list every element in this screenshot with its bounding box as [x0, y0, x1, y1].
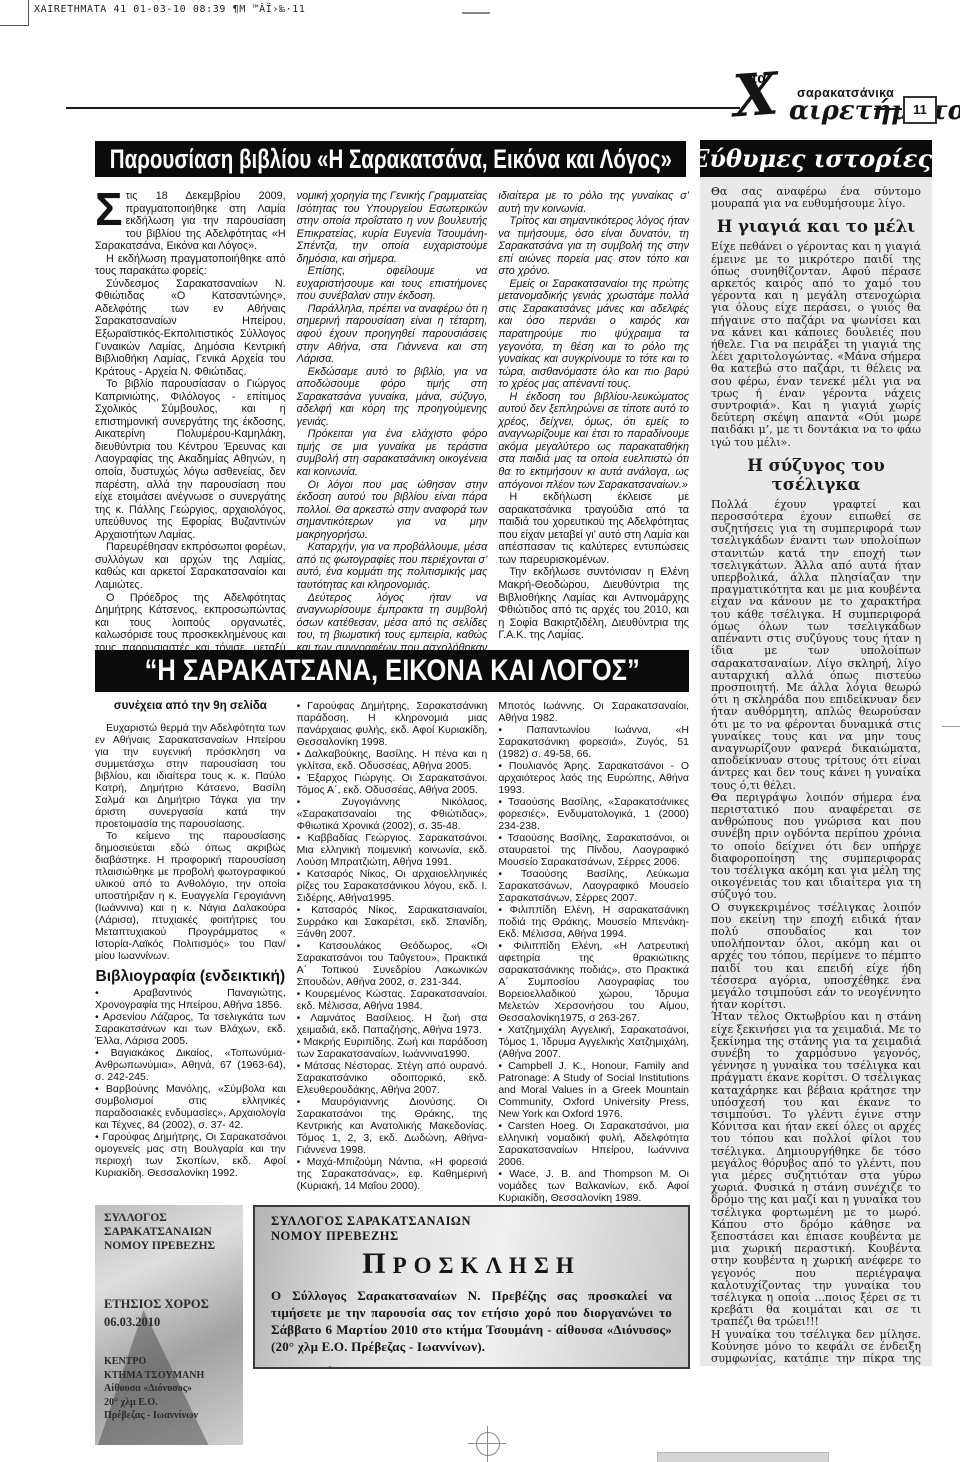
story-paragraph: Η γυναίκα του τσέλιγκα δεν μίλησε. Κούνη… [711, 1329, 921, 1366]
bibliography-title: Βιβλιογραφία (ενδεικτική) [95, 971, 286, 983]
poster-venue: ΚΕΝΤΡΟ ΚΤΗΜΑ ΤΣΟΥΜΑΝΗ Αίθουσα «Διόνυσος»… [104, 1355, 204, 1423]
poster-event-title: ΕΤΗΣΙΟΣ ΧΟΡΟΣ [104, 1297, 209, 1312]
bibliography-item: • Έξαρχος Γιώργης. Οι Σαρακατσάνοι. Τόμο… [297, 772, 488, 796]
invitation-body: Ο Σύλλογος Σαρακατσαναίων Ν. Πρεβέζης σα… [271, 1287, 672, 1355]
poster-organization: ΣΥΛΛΟΓΟΣ ΣΑΡΑΚΑΤΣΑΝΑΙΩΝ ΝΟΜΟΥ ΠΡΕΒΕΖΗΣ [104, 1211, 215, 1253]
poster-org-line: ΣΥΛΛΟΓΟΣ [104, 1211, 215, 1225]
bibliography-item: • Κουρεμένος Κώστας. Σαρακατσαναίοι. εκδ… [297, 988, 488, 1012]
page-number-box: 11 [903, 96, 937, 124]
article-quote-paragraph: Εκδώσαμε αυτό το βιβλίο, για να αποδώσου… [297, 366, 488, 429]
article-quote-paragraph: Οι λόγοι που μας ώθησαν στην έκδοση αυτο… [297, 479, 488, 542]
continuation-paragraph: Το κείμενο της παρουσίασης δημοσιεύεται … [95, 830, 286, 962]
print-slug: XAIRETHMATA 41 01-03-10 08:39 ¶M ™ÂÏ›‰·1… [34, 4, 305, 15]
bibliography-item: • Τσαούσης Βασίλης, Σαρακατσάνοι, οι στα… [498, 832, 689, 868]
crop-mark-horizontal [0, 25, 28, 26]
bibliography-item: • Κατσαρός Νίκος, Οι αρχαιοελληνικές ρίζ… [297, 868, 488, 904]
main-headline: Παρουσίαση βιβλίου «Η Σαρακατσάνα, Εικόν… [109, 144, 671, 175]
article-paragraph: Η εκδήλωση έκλεισε με σαρακατσάνικα τραγ… [498, 491, 689, 566]
bibliography-item: • Βαρβούνης Μανόλης, «Σύμβολα και συμβολ… [95, 1083, 286, 1131]
registration-mark-circle [476, 1432, 500, 1456]
article-paragraph: Η εκδήλωση πραγματοποιήθηκε από τους παρ… [95, 253, 286, 278]
story-title-grandma-honey: Η γιαγιά και το μέλι [711, 217, 921, 236]
article-lead-text: τις 18 Δεκεμβρίου 2009, πραγματοποιήθηκε… [95, 190, 286, 252]
bibliography-item: • Χατζημιχάλη Αγγελική, Σαρακατσάνοι, Τό… [498, 1024, 689, 1060]
continuation-paragraph: Ευχαριστώ θερμά την Αδελφότητα των εν Αθ… [95, 722, 286, 830]
invitation-arrival-time: Ώρα προσέλευσης 21:00 [271, 1364, 672, 1369]
poster-venue-line: ΚΤΗΜΑ ΤΣΟΥΜΑΝΗ [104, 1369, 204, 1383]
continuation-headline: “Η ΣΑΡΑΚΑΤΣΑΝΑ, ΕΙΚΟΝΑ ΚΑΙ ΛΟΓΟΣ” [144, 654, 639, 688]
bibliography-item: • Γαρούφας Δημήτρης, Σαρακατσάνικη παράδ… [297, 700, 488, 748]
poster-venue-line: Αίθουσα «Διόνυσος» [104, 1382, 204, 1396]
poster-venue-line: 20° χλμ Ε.Ο. [104, 1396, 204, 1410]
article-quote-paragraph: Η έκδοση του βιβλίου-λευκώματος αυτού δε… [498, 391, 689, 491]
article-paragraph: Σύνδεσμος Σαρακατσαναίων Ν. Φθιώτιδας «Ο… [95, 278, 286, 378]
article-quote-paragraph: Εμείς οι Σαρακατσαναίοι της πρώτης μεταν… [498, 278, 689, 391]
event-poster: ΣΥΛΛΟΓΟΣ ΣΑΡΑΚΑΤΣΑΝΑΙΩΝ ΝΟΜΟΥ ΠΡΕΒΕΖΗΣ Ε… [95, 1205, 243, 1445]
invitation-org-line: ΝΟΜΟΥ ΠΡΕΒΕΖΗΣ [271, 1229, 672, 1244]
continued-from-note: συνέχεια από την 9η σελίδα [95, 700, 286, 712]
bibliography-item: • Φιλιππίδη Ελένη, «Η Λατρευτική αφετηρί… [498, 940, 689, 1024]
bibliography-item: • Κατσαρός Νίκος, Σαρακατσιαναίοι, Συρρά… [297, 904, 488, 940]
bottom-crop-plate [657, 1452, 829, 1462]
story-title-tseligas-wife: Η σύζυγος του τσέλιγκα [711, 456, 921, 494]
article-paragraph: Το βιβλίο παρουσίασαν ο Γιώργος Καπρινιώ… [95, 378, 286, 541]
bibliography-item: • Μαυρόγιαννης Διονύσης. Οι Σαρακατσάνοι… [297, 1096, 488, 1156]
article-quote-paragraph: ιδιαίτερα με το ρόλο της γυναίκας σ’ αυτ… [498, 190, 689, 215]
continuation-banner: “Η ΣΑΡΑΚΑΤΣΑΝΑ, ΕΙΚΟΝΑ ΚΑΙ ΛΟΓΟΣ” [95, 650, 689, 692]
continuation-column-2: • Γαρούφας Δημήτρης, Σαρακατσάνικη παράδ… [297, 700, 488, 1204]
bibliography-item: • Μάτσας Νέστορας. Στέγη από ουρανό. Σαρ… [297, 1060, 488, 1096]
main-headline-banner: Παρουσίαση βιβλίου «Η Σαρακατσάνα, Εικόν… [95, 141, 686, 177]
masthead-rule [66, 107, 740, 109]
bibliography-item: • Wace, J. B. and Thompson M. Οι νομάδες… [498, 1168, 689, 1204]
invitation-title: ΠΡΟΣΚΛΗΣΗ [271, 1247, 672, 1281]
article-paragraph: Την εκδήλωσε συντόνισαν η Ελένη Μακρή-Θε… [498, 566, 689, 641]
article-body: Στις 18 Δεκεμβρίου 2009, πραγματοποιήθηκ… [95, 190, 689, 679]
continuation-body: συνέχεια από την 9η σελίδα Ευχαριστώ θερ… [95, 700, 689, 1204]
story-paragraph: Πολλά έχουν γραφτεί και περοσσότερα έχου… [711, 499, 921, 792]
article-quote-paragraph: Καταρχήν, για να προβάλλουμε, μέσα από τ… [297, 541, 488, 591]
article-column-1: Στις 18 Δεκεμβρίου 2009, πραγματοποιήθηκ… [95, 190, 286, 679]
article-quote-paragraph: Πρόκειται για ένα ελάχιστο φόρο τιμής σε… [297, 428, 488, 478]
drop-cap: Σ [95, 191, 123, 228]
continuation-column-1: συνέχεια από την 9η σελίδα Ευχαριστώ θερ… [95, 700, 286, 1204]
story-paragraph: Ήταν τέλος Οκτωβρίου και η στάνη είχε ξε… [711, 1011, 921, 1328]
bibliography-item: • Ζυγογιάννης Νικόλαος, «Σαρακατσαναίοι … [297, 796, 488, 832]
bibliography-item: • Αρσενίου Λάζαρος, Τα τσελιγκάτα των Σα… [95, 1011, 286, 1047]
crop-mark-right-edge [942, 726, 960, 727]
article-paragraph: Παρευρέθησαν εκπρόσωποι φορέων, συλλόγων… [95, 541, 286, 591]
invitation-org-line: ΣΥΛΛΟΓΟΣ ΣΑΡΑΚΑΤΣΑΝΑΙΩΝ [271, 1214, 672, 1229]
stories-banner-title: Εύθυμες ιστορίες: [700, 144, 932, 173]
bibliography-item: • Παπαντωνίου Ιωάννα, «Η Σαρακατσάνικη φ… [498, 724, 689, 760]
stories-intro: Θα σας αναφέρω ένα σύντομο μουραπά για ν… [711, 186, 921, 210]
bibliography-item: • Τσαούσης Βασίλης, Λεύκωμα Σαρακατσάνων… [498, 868, 689, 904]
poster-venue-line: ΚΕΝΤΡΟ [104, 1355, 204, 1369]
continuation-column-3: Μποτός Ιωάννης. Οι Σαρακατσαναίοι, Αθήνα… [498, 700, 689, 1204]
stories-panel: Θα σας αναφέρω ένα σύντομο μουραπά για ν… [700, 177, 932, 1366]
bibliography-item: • Campbell J. K., Honour, Family and Pat… [498, 1060, 689, 1120]
masthead: Χ τα σαρακατσάνικα αιρετήματα [737, 70, 907, 136]
bibliography-item: • Carsten Hoeg. Οι Σαρακατσάνοι, μια ελλ… [498, 1120, 689, 1168]
story-paragraph: Ο συγκεκριμένος τσέλιγκας λοιπόν που εκε… [711, 902, 921, 1012]
article-lead-paragraph: Στις 18 Δεκεμβρίου 2009, πραγματοποιήθηκ… [95, 190, 286, 253]
article-column-3: ιδιαίτερα με το ρόλο της γυναίκας σ’ αυτ… [498, 190, 689, 679]
bibliography-item: • Μακρής Ευριπίδης. Ζωή και παράδοση των… [297, 1036, 488, 1060]
bibliography-item: • Λαμνάτος Βασίλειος. Η ζωή στα χειμαδιά… [297, 1012, 488, 1036]
crop-mark-vertical [28, 0, 29, 26]
bibliography-item: Μποτός Ιωάννης. Οι Σαρακατσαναίοι, Αθήνα… [498, 700, 689, 724]
article-quote-paragraph: Τρίτος και σημαντικότερος λόγος ήταν να … [498, 215, 689, 278]
poster-org-line: ΝΟΜΟΥ ΠΡΕΒΕΖΗΣ [104, 1239, 215, 1253]
crop-mark-top-center [462, 12, 490, 14]
article-quote-paragraph: Παράλληλα, πρέπει να αναφέρω ότι η σημερ… [297, 303, 488, 366]
bibliography-item: • Κατσουλάκος Θεόδωρος, «Οι Σαρακατσάνοι… [297, 940, 488, 988]
bibliography-item: • Καββαδίας Γεώργιος. Σαρακατσάνοι. Μια … [297, 832, 488, 868]
bibliography-item: • Γαρούφας Δημήτρης, Οι Σαρακατσάνοι ομο… [95, 1131, 286, 1179]
bibliography-item: • Μαχά-Μπιζούμη Νάντια, «Η φορεσιά της Σ… [297, 1156, 488, 1192]
article-quote-paragraph: Επίσης, οφείλουμε να ευχαριστήσουμε και … [297, 265, 488, 303]
article-column-2: νομική χορηγία της Γενικής Γραμματείας Ι… [297, 190, 488, 679]
poster-org-line: ΣΑΡΑΚΑΤΣΑΝΑΙΩΝ [104, 1225, 215, 1239]
article-quote-paragraph: νομική χορηγία της Γενικής Γραμματείας Ι… [297, 190, 488, 265]
invitation-box: ΣΥΛΛΟΓΟΣ ΣΑΡΑΚΑΤΣΑΝΑΙΩΝ ΝΟΜΟΥ ΠΡΕΒΕΖΗΣ Π… [253, 1205, 690, 1369]
bibliography-item: • Βαγιακάκος Δικαίος, «Τοπωνύμια-Ανθρωπω… [95, 1047, 286, 1083]
poster-venue-line: Πρέβεζας - Ιωαννίνων [104, 1409, 204, 1423]
poster-event-date: 06.03.2010 [104, 1315, 160, 1330]
bibliography-item: • Φιλιππίδη Ελένη, Η σαρακατσάνικη ποδιά… [498, 904, 689, 940]
story-paragraph: Θα περιγράψω λοιπόν σήμερα ένα περιστατι… [711, 792, 921, 902]
masthead-ta: τα [751, 70, 767, 87]
invitation-organization: ΣΥΛΛΟΓΟΣ ΣΑΡΑΚΑΤΣΑΝΑΙΩΝ ΝΟΜΟΥ ΠΡΕΒΕΖΗΣ [271, 1214, 672, 1244]
story-paragraph: Είχε πεθάνει ο γέροντας και η γιαγιά έμε… [711, 241, 921, 448]
bibliography-item: • Αραβαντινός Παναγιώτης, Χρονογραφία τη… [95, 987, 286, 1011]
stories-banner: Εύθυμες ιστορίες: [700, 140, 932, 177]
bibliography-item: • Τσαούσης Βασίλης, «Σαρακατσάνικες φορε… [498, 796, 689, 832]
bibliography-item: • Δαλκαβούκης, Βασίλης. Η πένα και η γκλ… [297, 748, 488, 772]
newspaper-page: XAIRETHMATA 41 01-03-10 08:39 ¶M ™ÂÏ›‰·1… [0, 0, 960, 1462]
bibliography-item: • Πουλιανός Άρης. Σαρακατσάνοι - Ο αρχαι… [498, 760, 689, 796]
